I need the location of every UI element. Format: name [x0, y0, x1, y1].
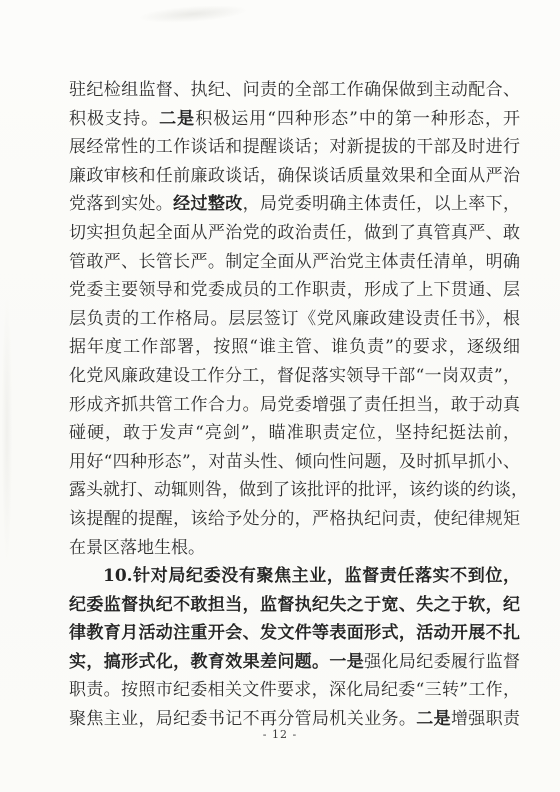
paper-background: 驻纪检组监督、执纪、问责的全部工作确保做到主动配合、积极支持。二是积极运用“四种… [0, 0, 560, 792]
text-run: ，局党委明确主体责任，以上率下， [243, 194, 520, 214]
text-run: 层负责的工作格局。层层签订《党风廉政建设责任书》，根 [69, 309, 520, 329]
text-line: 实，搞形式化，教育效果差问题。一是强化局纪委履行监督 [69, 648, 520, 677]
bold-text-run: 二是 [416, 709, 451, 729]
text-line: 积极支持。二是积极运用“四种形态”中的第一种形态，开 [69, 105, 520, 134]
text-run: 该提醒的提醒，该给予处分的，严格执纪问责，使纪律规矩 [69, 509, 520, 529]
text-line: 层负责的工作格局。层层签订《党风廉政建设责任书》，根 [69, 305, 520, 334]
text-run: 露头就打、动辄则咎，做到了该批评的批评，该约谈的约谈， [69, 480, 528, 500]
text-run: 展经常性的工作谈话和提醒谈话；对新提拔的干部及时进行 [69, 137, 520, 157]
text-run: 形成齐抓共管工作合力。局党委增强了责任担当，敢于动真 [69, 395, 520, 415]
text-line: 化党风廉政建设工作分工，督促落实领导干部“一岗双责”， [69, 362, 520, 391]
bold-text-run: 经过整改 [173, 194, 242, 214]
bold-text-run: 二是 [159, 109, 195, 129]
text-run: 在景区落地生根。 [69, 538, 205, 558]
text-run: 廉政审核和任前廉政谈话，确保谈话质量效果和全面从严治 [69, 166, 520, 186]
text-line: 纪委监督执纪不敢担当，监督执纪失之于宽、失之于软，纪 [69, 591, 520, 620]
scan-artifact-smudge [2, 300, 12, 560]
document-text-block: 驻纪检组监督、执纪、问责的全部工作确保做到主动配合、积极支持。二是积极运用“四种… [69, 76, 520, 734]
page-number: - 12 - [0, 728, 560, 741]
text-line: 党委主要领导和党委成员的工作职责，形成了上下贯通、层 [69, 276, 520, 305]
text-line: 碰硬，敢于发声“亮剑”，瞄准职责定位，坚持纪挺法前， [69, 419, 520, 448]
text-line: 廉政审核和任前廉政谈话，确保谈话质量效果和全面从严治 [69, 162, 520, 191]
text-line: 律教育月活动注重开会、发文件等表面形式，活动开展不扎 [69, 619, 520, 648]
text-line: 10.针对局纪委没有聚焦主业，监督责任落实不到位， [69, 562, 520, 591]
text-run: 积极运用“四种形态”中的第一种形态，开 [195, 109, 520, 129]
bold-text-run: 实，搞形式化，教育效果差问题。一是 [69, 652, 364, 672]
text-line: 职责。按照市纪委相关文件要求，深化局纪委“三转”工作， [69, 676, 520, 705]
text-run: 碰硬，敢于发声“亮剑”，瞄准职责定位，坚持纪挺法前， [69, 423, 520, 443]
text-run: 据年度工作部署，按照“谁主管、谁负责”的要求，逐级细 [69, 337, 520, 357]
text-run: 管敢严、长管长严。制定全面从严治党主体责任清单，明确 [69, 252, 520, 272]
text-line: 据年度工作部署，按照“谁主管、谁负责”的要求，逐级细 [69, 333, 520, 362]
text-line: 露头就打、动辄则咎，做到了该批评的批评，该约谈的约谈， [69, 476, 520, 505]
text-run: 积极支持。 [69, 109, 159, 129]
text-line: 党落到实处。经过整改，局党委明确主体责任，以上率下， [69, 190, 520, 219]
text-run: 聚焦主业，局纪委书记不再分管局机关业务。 [69, 709, 416, 729]
scan-artifact-smudge [138, 2, 249, 26]
text-run: 驻纪检组监督、执纪、问责的全部工作确保做到主动配合、 [69, 80, 520, 100]
bold-text-run: 纪委监督执纪不敢担当，监督执纪失之于宽、失之于软，纪 [69, 595, 520, 615]
text-run: 化党风廉政建设工作分工，督促落实领导干部“一岗双责”， [69, 366, 520, 386]
text-line: 用好“四种形态”，对苗头性、倾向性问题，及时抓早抓小、 [69, 448, 520, 477]
text-run: 党落到实处。 [69, 194, 173, 214]
text-run: 增强职责 [451, 709, 520, 729]
text-run: 强化局纪委履行监督 [364, 652, 520, 672]
text-line: 管敢严、长管长严。制定全面从严治党主体责任清单，明确 [69, 248, 520, 277]
text-line: 该提醒的提醒，该给予处分的，严格执纪问责，使纪律规矩 [69, 505, 520, 534]
text-line: 在景区落地生根。 [69, 534, 520, 563]
text-run: 党委主要领导和党委成员的工作职责，形成了上下贯通、层 [69, 280, 520, 300]
text-line: 展经常性的工作谈话和提醒谈话；对新提拔的干部及时进行 [69, 133, 520, 162]
text-run: 用好“四种形态”，对苗头性、倾向性问题，及时抓早抓小、 [69, 452, 520, 472]
scanned-document-page: { "page": { "number_label": "- 12 -" }, … [0, 0, 560, 792]
bold-text-run: 律教育月活动注重开会、发文件等表面形式，活动开展不扎 [69, 623, 520, 643]
text-run: 职责。按照市纪委相关文件要求，深化局纪委“三转”工作， [69, 680, 520, 700]
text-line: 驻纪检组监督、执纪、问责的全部工作确保做到主动配合、 [69, 76, 520, 105]
text-line: 形成齐抓共管工作合力。局党委增强了责任担当，敢于动真 [69, 391, 520, 420]
text-run: 切实担负起全面从严治党的政治责任，做到了真管真严、敢 [69, 223, 520, 243]
bold-text-run: 10.针对局纪委没有聚焦主业，监督责任落实不到位， [103, 566, 520, 586]
text-line: 切实担负起全面从严治党的政治责任，做到了真管真严、敢 [69, 219, 520, 248]
